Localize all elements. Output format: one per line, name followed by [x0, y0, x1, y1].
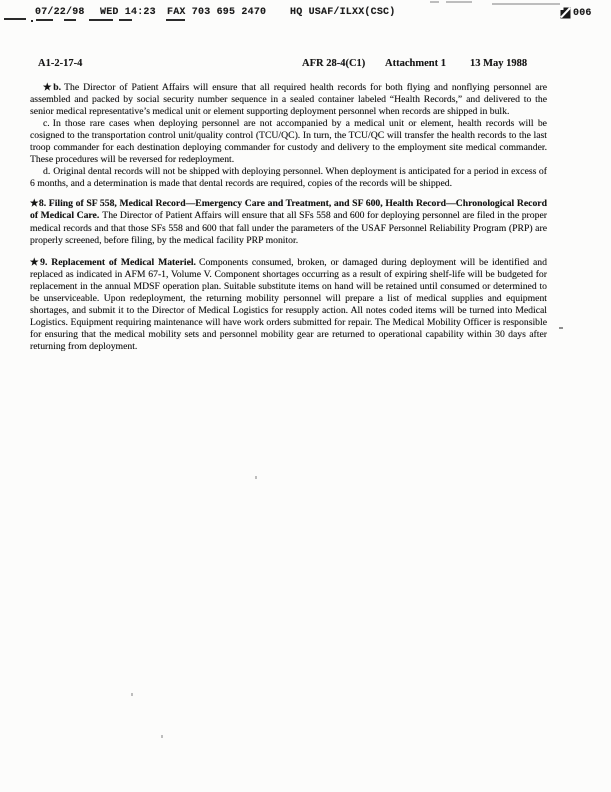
document-header: A1-2-17-4 AFR 28-4(C1) Attachment 1 13 M…	[0, 58, 611, 71]
scan-underline	[64, 19, 76, 21]
page-id: A1-2-17-4	[38, 58, 82, 69]
fax-page-icon	[560, 7, 571, 19]
scan-dash	[4, 18, 26, 20]
fax-page-indicator: 006	[560, 7, 592, 19]
regulation-number: AFR 28-4(C1)	[302, 58, 365, 69]
scan-underline	[36, 19, 53, 21]
paragraph-9: ★9. Replacement of Medical Materiel.Comp…	[30, 257, 547, 353]
fax-date: 07/22/98	[35, 7, 85, 18]
scan-underline	[166, 19, 185, 21]
scan-speck	[161, 735, 163, 738]
scan-edge-mark	[492, 3, 560, 5]
paragraph-b-label: ★b.	[43, 82, 64, 93]
paragraph-9-heading: ★9. Replacement of Medical Materiel.	[30, 257, 199, 268]
fax-page-number: 006	[573, 8, 592, 19]
paragraph-d-text: Original dental records will not be ship…	[30, 166, 547, 189]
document-body: ★b.The Director of Patient Affairs will …	[30, 82, 547, 353]
scan-edge-mark	[430, 1, 439, 3]
scan-edge-mark	[446, 1, 472, 3]
scan-underline	[119, 19, 132, 21]
fax-document-page: 07/22/98 WED 14:23 FAX 703 695 2470 HQ U…	[0, 0, 611, 792]
scan-dot	[31, 20, 33, 22]
paragraph-d: d.Original dental records will not be sh…	[30, 166, 547, 190]
scan-speck	[255, 476, 257, 479]
paragraph-8: ★8. Filing of SF 558, Medical Record—Eme…	[30, 198, 547, 246]
paragraph-c-text: In those rare cases when deploying perso…	[30, 118, 547, 165]
paragraph-b-text: The Director of Patient Affairs will ens…	[30, 82, 547, 117]
fax-number: FAX 703 695 2470	[167, 7, 266, 18]
fax-sender: HQ USAF/ILXX(CSC)	[290, 7, 395, 18]
scan-speck	[131, 693, 133, 696]
paragraph-8-text: The Director of Patient Affairs will ens…	[30, 210, 547, 245]
paragraph-9-text: Components consumed, broken, or damaged …	[30, 257, 547, 352]
scan-underline	[89, 19, 113, 21]
paragraph-c: c.In those rare cases when deploying per…	[30, 118, 547, 166]
paragraph-c-label: c.	[43, 118, 53, 129]
paragraph-b: ★b.The Director of Patient Affairs will …	[30, 82, 547, 118]
document-date: 13 May 1988	[470, 58, 527, 69]
scan-speck	[559, 327, 563, 329]
attachment-label: Attachment 1	[385, 58, 446, 69]
fax-day-time: WED 14:23	[100, 7, 156, 18]
paragraph-d-label: d.	[43, 166, 53, 177]
